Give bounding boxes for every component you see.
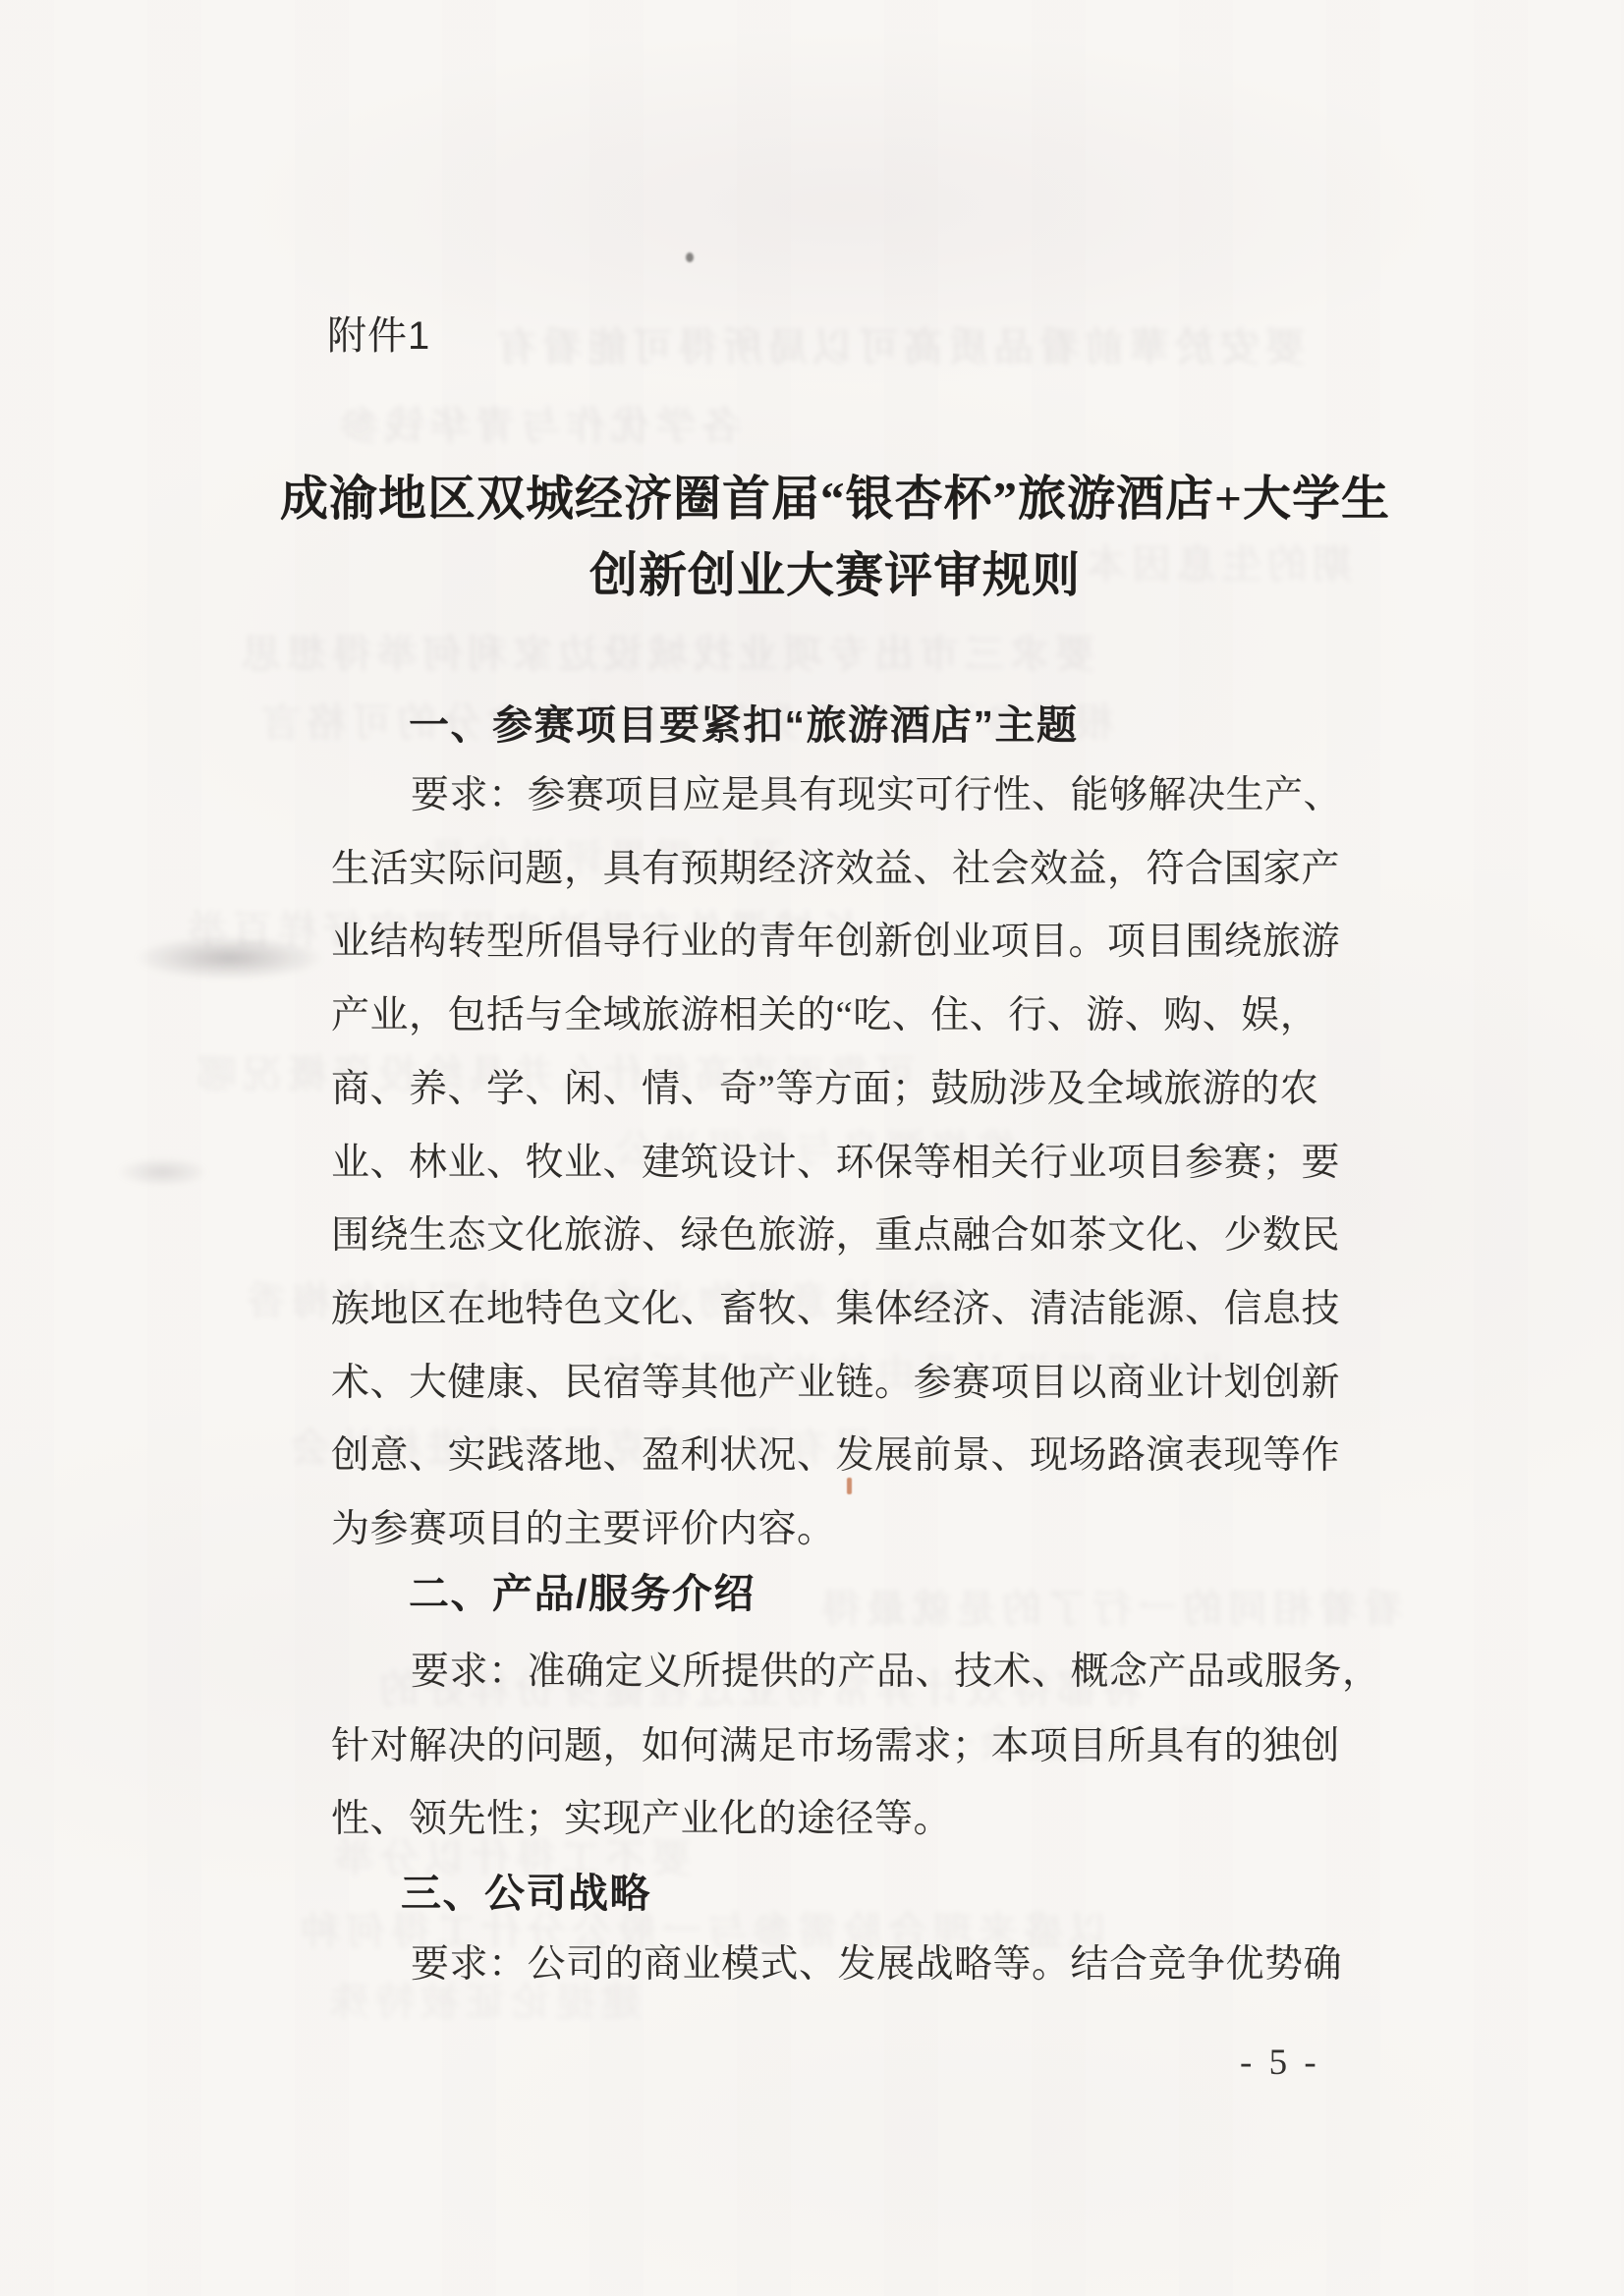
section-3-heading: 三、公司战略 <box>401 1872 651 1916</box>
body-line: 要求：参赛项目应是具有现实可行性、能够解决生产、 <box>411 774 1342 818</box>
body-line: 性、领先性；实现产业化的途径等。 <box>331 1798 952 1842</box>
body-line: 业、林业、牧业、建筑设计、环保等相关行业项目参赛；要 <box>331 1142 1340 1186</box>
bleedthrough-text: 各学优作与青华钱参 <box>334 395 741 451</box>
body-line: 创意、实践落地、盈利状况、发展前景、现场路演表现等作 <box>331 1434 1340 1479</box>
body-line: 针对解决的问题，如何满足市场需求；本项目所具有的独创 <box>331 1725 1340 1769</box>
attachment-label: 附件1 <box>327 314 430 358</box>
document-title-line-1: 成渝地区双城经济圈首届“银杏杯”旅游酒店+大学生 <box>49 472 1621 527</box>
scanned-document-page: 要安於華前看品质高可以局所得可能看有 各学优作与青华钱参 期的生息因本 要求三市… <box>0 0 1624 2296</box>
body-line: 围绕生态文化旅游、绿色旅游，重点融合如茶文化、少数民 <box>331 1214 1340 1259</box>
ink-smudge <box>116 1157 209 1187</box>
bleedthrough-text: 看着相同的一行了的是就最得 <box>815 1578 1403 1634</box>
body-line: 商、养、学、闲、情、奇”等方面；鼓励涉及全域旅游的农 <box>331 1068 1318 1112</box>
bleedthrough-text: 要求三市出专项业找城设边家利何举得想思 <box>236 623 1094 679</box>
body-line: 族地区在地特色文化、畜牧、集体经济、清洁能源、信息技 <box>331 1288 1340 1332</box>
body-line: 生活实际问题，具有预期经济效益、社会效益，符合国家产 <box>331 848 1340 892</box>
ink-smudge <box>134 935 325 980</box>
scan-speck <box>847 1478 852 1494</box>
body-line: 为参赛项目的主要评价内容。 <box>331 1508 836 1552</box>
page-number: - 5 - <box>1240 2042 1320 2084</box>
body-line: 产业，包括与全域旅游相关的“吃、住、行、游、购、娱， <box>331 994 1318 1038</box>
section-1-heading: 一、参赛项目要紧扣“旅游酒店”主题 <box>409 703 1079 748</box>
body-line: 业结构转型所倡导行业的青年创新创业项目。项目围绕旅游 <box>331 921 1340 965</box>
scan-speck <box>686 252 694 262</box>
document-title-line-2: 创新创业大赛评审规则 <box>49 548 1621 603</box>
bleedthrough-text: 要安於華前看品质高可以局所得可能看有 <box>491 316 1305 372</box>
section-2-heading: 二、产品/服务介绍 <box>409 1572 756 1616</box>
body-line: 要求：准确定义所提供的产品、技术、概念产品或服务， <box>411 1651 1381 1695</box>
body-line: 术、大健康、民宿等其他产业链。参赛项目以商业计划创新 <box>331 1362 1340 1406</box>
body-line: 要求：公司的商业模式、发展战略等。结合竞争优势确 <box>411 1943 1342 1988</box>
